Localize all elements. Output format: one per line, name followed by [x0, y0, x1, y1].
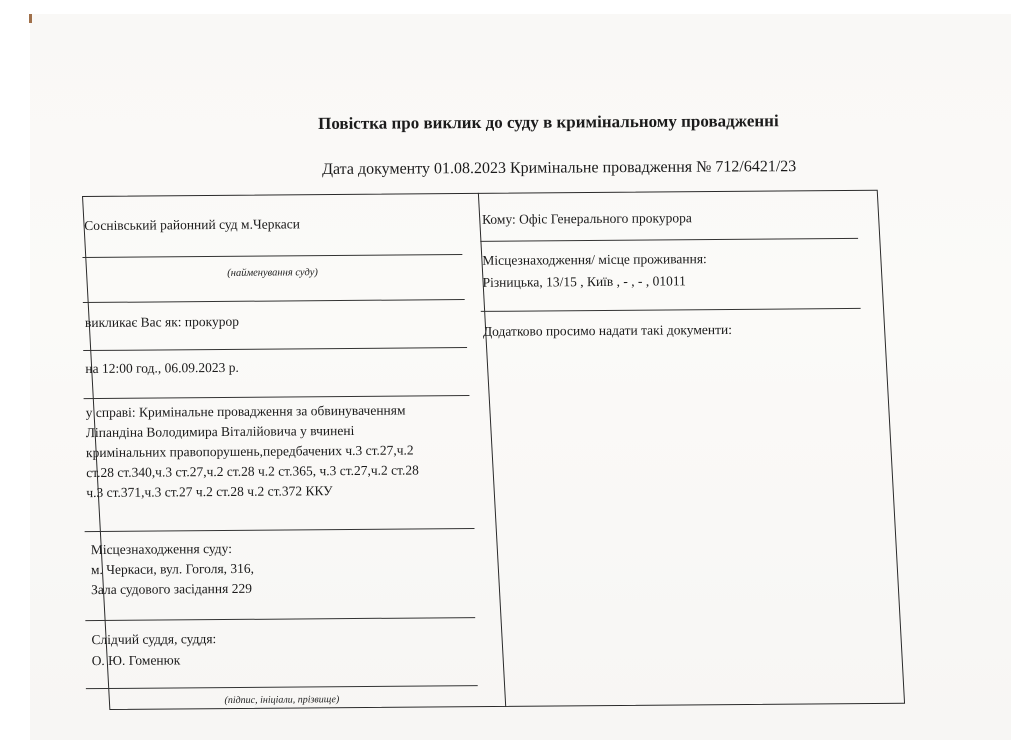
hearing-time: на 12:00 год., 06.09.2023 р.	[85, 358, 239, 379]
document-title: Повістка про виклик до суду в кримінальн…	[318, 111, 779, 134]
divider-line	[480, 238, 858, 242]
left-column: Соснівський районний суд м.Черкаси (найм…	[82, 193, 482, 710]
address-label: Місцезнаходження/ місце проживання:	[482, 249, 707, 271]
case-line: ст.28 ст.340,ч.3 ст.27,ч.2 ст.28 ч.2 ст.…	[86, 460, 419, 483]
court-name-caption: (найменування суду)	[83, 266, 463, 280]
divider-line	[481, 308, 861, 312]
court-location-line: м. Черкаси, вул. Гоголя, 316,	[91, 559, 254, 580]
case-line: Ліпандіна Володимира Віталійовича у вчин…	[86, 421, 355, 443]
divider-line	[85, 617, 475, 621]
document-subtitle: Дата документу 01.08.2023 Кримінальне пр…	[322, 158, 796, 179]
recipient: Кому: Офіс Генерального прокурора	[482, 208, 692, 230]
summons-form: Соснівський районний суд м.Черкаси (найм…	[82, 190, 905, 710]
divider-line	[85, 528, 475, 532]
signature-caption: (підпис, ініціали, прізвище)	[86, 693, 478, 707]
case-line: ч.3 ст.371,ч.3 ст.27 ч.2 ст.28 ч.2 ст.37…	[86, 481, 333, 503]
court-location-line: Місцезнаходження суду:	[91, 539, 232, 560]
divider-line	[86, 685, 478, 689]
judge-name: О. Ю. Гоменюк	[92, 650, 181, 671]
additional-documents: Додатково просимо надати такі документи:	[483, 320, 732, 342]
case-line: у справі: Кримінальне провадження за обв…	[86, 401, 406, 424]
judge-label: Слідчий суддя, суддя:	[91, 629, 216, 650]
address-value: Різницька, 13/15 , Київ , - , - , 01011	[482, 271, 685, 293]
divider-line	[83, 347, 467, 351]
court-name: Соснівський районний суд м.Черкаси	[84, 214, 300, 236]
court-location-line: Зала судового засідання 229	[91, 579, 252, 600]
right-column: Кому: Офіс Генерального прокурора Місцез…	[480, 190, 882, 707]
divider-line	[84, 395, 470, 399]
paper-corner-mark	[29, 14, 32, 23]
divider-line	[83, 299, 465, 303]
case-line: кримінальних правопорушень,передбачених …	[86, 440, 414, 463]
summoned-as: викликає Вас як: прокурор	[85, 312, 239, 333]
divider-line	[82, 254, 462, 258]
